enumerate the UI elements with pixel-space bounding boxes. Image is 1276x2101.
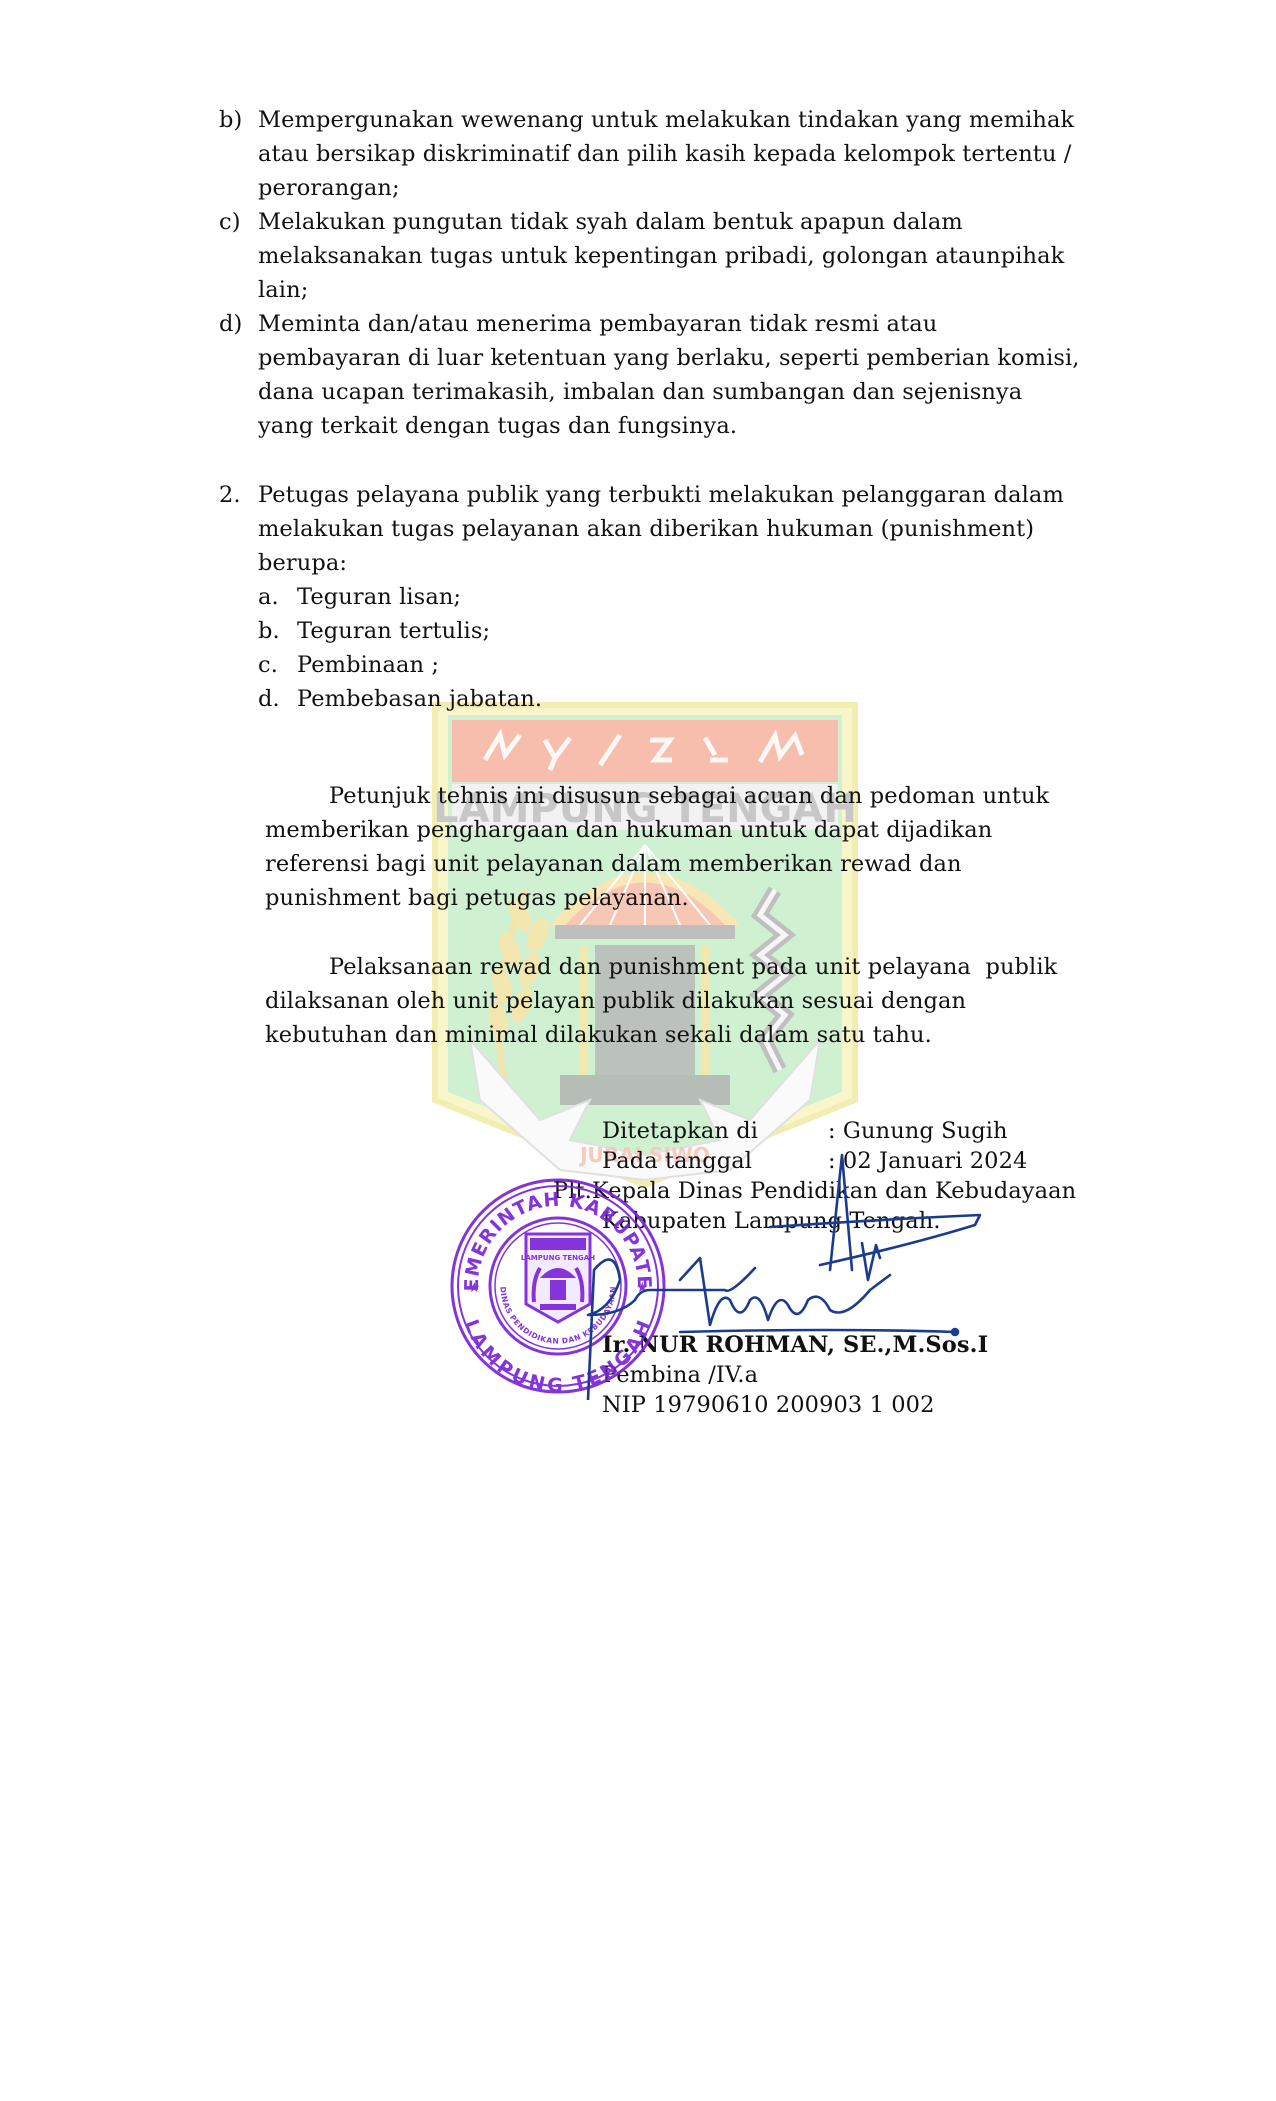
place-label: Ditetapkan di (602, 1116, 758, 1146)
list-item-c: c) (219, 205, 241, 239)
sub-item-pembebasan-jabatan: Pembebasan jabatan. (297, 682, 542, 716)
sub-item-teguran-tertulis: Teguran tertulis; (297, 614, 542, 648)
punishment-sublist: Teguran lisan; Teguran tertulis; Pembina… (297, 580, 542, 716)
list-item-c-text: Melakukan pungutan tidak syah dalam bent… (258, 205, 1064, 307)
stamp-star-left: ★ (468, 1280, 481, 1296)
paragraph-petunjuk-tehnis: Petunjuk tehnis ini disusun sebagai acua… (265, 779, 1049, 915)
numbered-item-2-text: Petugas pelayana publik yang terbukti me… (258, 478, 1064, 580)
handwritten-signature (580, 1150, 1100, 1400)
list-item-d-text: Meminta dan/atau menerima pembayaran tid… (258, 307, 1080, 443)
list-marker: b) (219, 107, 242, 133)
list-marker: 2. (219, 482, 241, 508)
sub-item-teguran-lisan: Teguran lisan; (297, 580, 542, 614)
numbered-item-2: 2. (219, 478, 241, 512)
sub-item-pembinaan: Pembinaan ; (297, 648, 542, 682)
list-marker: d) (219, 311, 242, 337)
list-item-b-text: Mempergunakan wewenang untuk melakukan t… (258, 103, 1074, 205)
list-item-b: b) (219, 103, 242, 137)
list-item-d: d) (219, 307, 242, 341)
list-marker: c) (219, 209, 241, 235)
paragraph-pelaksanaan: Pelaksanaan rewad dan punishment pada un… (265, 950, 1057, 1052)
document-page: LAMPUNG TENGAH JURAI SIWO (0, 0, 1276, 2101)
place-value: : Gunung Sugih (828, 1116, 1027, 1146)
punishment-sublist-markers: a. b. c. d. (258, 580, 280, 716)
